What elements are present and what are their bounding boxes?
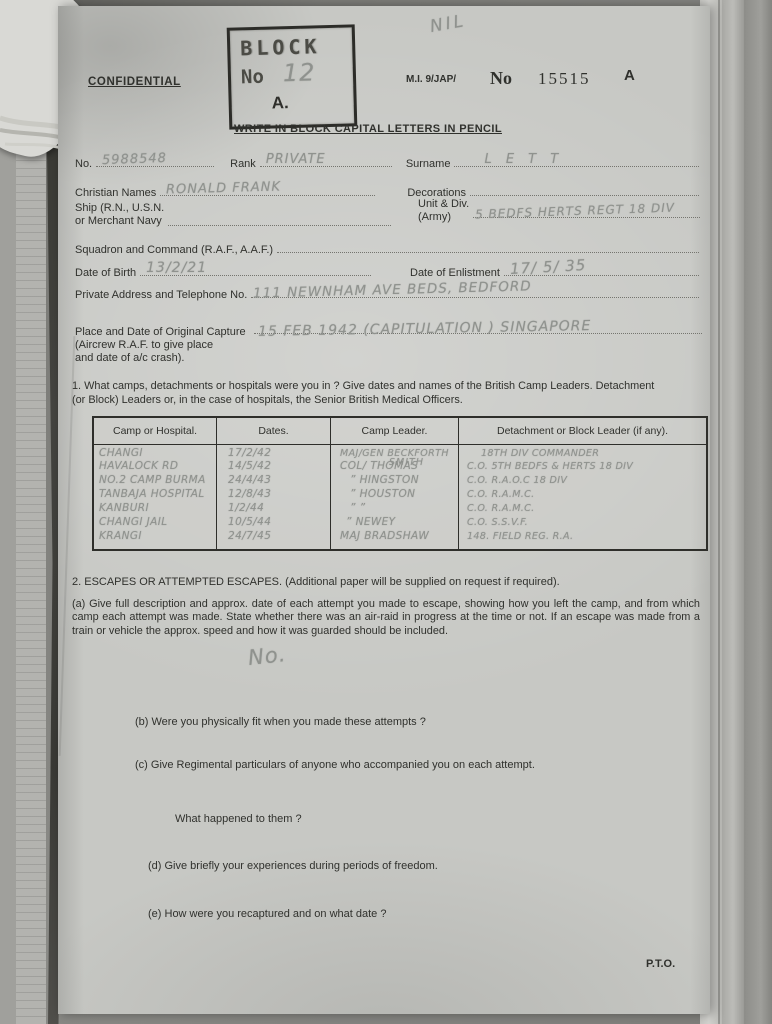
question-2a: (a) Give full description and approx. da… [72, 598, 700, 638]
capture-value: 15 FEB 1942 (CAPITULATION ) SINGAPORE [258, 318, 592, 340]
field-christian-names-value: RONALD FRANK [166, 179, 281, 197]
field-unit-line: 5 BEDFS HERTS REGT 18 DIV [473, 204, 700, 218]
question-1-line1: 1. What camps, detachments or hospitals … [72, 380, 698, 392]
capture-label-block: Place and Date of Original Capture (Airc… [75, 326, 246, 365]
confidential-label: CONFIDENTIAL [88, 76, 181, 88]
stamp-suffix: A. [271, 93, 289, 113]
field-address-label: Private Address and Telephone No. [75, 289, 247, 301]
camp-entry: KANBURI [99, 502, 213, 516]
field-christian-names-label: Christian Names [75, 187, 156, 199]
field-surname-value: L E T T [484, 152, 563, 167]
col-header-dates: Dates. [217, 418, 331, 445]
field-rank-line: PRIVATE [260, 153, 392, 167]
row-ship: Ship (R.N., U.S.N. or Merchant Navy [75, 202, 395, 228]
row-no-rank-surname: No. 5988548 Rank PRIVATE Surname L E T T [75, 153, 703, 170]
dates-column-entries: 17/2/42 14/5/42 24/4/43 12/8/43 1/2/44 1… [217, 445, 331, 549]
question-2e: (e) How were you recaptured and on what … [148, 908, 386, 920]
field-enlistment-value: 17/ 5/ 35 [509, 256, 586, 278]
field-surname-line: L E T T [454, 153, 699, 167]
field-no-line: 5988548 [96, 153, 214, 167]
field-dob-value: 13/2/21 [146, 260, 207, 276]
row-names-decorations: Christian Names RONALD FRANK Decorations [75, 182, 703, 199]
field-unit-value: 5 BEDFS HERTS REGT 18 DIV [475, 201, 675, 222]
camp-table: Camp or Hospital. Dates. Camp Leader. De… [92, 416, 708, 551]
question-2b: (b) Were you physically fit when you mad… [135, 716, 426, 728]
field-dob-line: 13/2/21 [140, 262, 371, 276]
detachment-entry: C.O. R.A.O.C 18 DIV [467, 474, 703, 488]
col-header-leader: Camp Leader. [331, 418, 459, 445]
field-address-value: 111 NEWNHAM AVE BEDS, BEDFORD [253, 278, 532, 301]
camp-entry: CHANGI JAIL [99, 516, 213, 530]
numero-symbol: No [490, 68, 512, 89]
camp-entry: NO.2 CAMP BURMA [99, 474, 213, 488]
answer-2a-handwritten: No. [247, 642, 288, 670]
leader-entry: ” HINGSTON [336, 474, 455, 488]
field-squadron-label: Squadron and Command (R.A.F., A.A.F.) [75, 244, 273, 256]
stamp-block-number-handwritten: 12 [283, 58, 316, 87]
capture-label2: (Aircrew R.A.F. to give place [75, 339, 246, 352]
field-ship-label1: Ship (R.N., U.S.N. [75, 202, 164, 215]
serial-number: 15515 [538, 69, 591, 89]
leader-entry: ” NEWEY [336, 516, 455, 530]
leader-entry: ” ” [336, 502, 455, 516]
scanned-photo: CONFIDENTIAL NIL BLOCK No 12 A. M.I. 9/J… [0, 0, 772, 1024]
block-number-stamp: BLOCK No 12 A. [227, 24, 358, 129]
question-2c: (c) Give Regimental particulars of anyon… [135, 759, 535, 771]
pto-label: P.T.O. [646, 958, 675, 970]
date-entry: 24/4/43 [222, 474, 327, 488]
detachment-entry: C.O. S.S.V.F. [467, 516, 703, 530]
stamp-block-word: BLOCK [240, 34, 321, 60]
field-address-line: 111 NEWNHAM AVE BEDS, BEDFORD [251, 284, 699, 298]
detachment-entry: C.O. R.A.M.C. [467, 488, 703, 502]
page-edge-right-line [718, 0, 720, 1024]
form-page: CONFIDENTIAL NIL BLOCK No 12 A. M.I. 9/J… [58, 6, 710, 1014]
row-address: Private Address and Telephone No. 111 NE… [75, 284, 703, 301]
col-header-detachment: Detachment or Block Leader (if any). [459, 418, 706, 445]
date-entry: 24/7/45 [222, 530, 327, 544]
field-ship-line [168, 212, 391, 226]
field-rank-label: Rank [230, 158, 256, 170]
detachment-column-entries: 18TH DIV COMMANDER C.O. 5TH BEDFS & HERT… [459, 445, 706, 549]
stamp-no-label: No [241, 66, 264, 89]
field-no-value: 5988548 [102, 151, 167, 168]
row-enlistment: Date of Enlistment 17/ 5/ 35 [410, 262, 703, 279]
field-rank-value: PRIVATE [266, 152, 326, 167]
serial-suffix: A [624, 67, 635, 84]
page-edge-right-3 [744, 0, 772, 1024]
detachment-entry: 148. FIELD REG. R.A. [467, 530, 703, 544]
row-dob: Date of Birth 13/2/21 [75, 262, 375, 279]
leader-entry-smith: SMITH [389, 457, 424, 468]
field-surname-label: Surname [406, 158, 451, 170]
detachment-entry: C.O. 5TH BEDFS & HERTS 18 DIV [467, 460, 703, 474]
leader-entry: ” HOUSTON [336, 488, 455, 502]
detachment-entry: 18TH DIV COMMANDER [467, 447, 703, 461]
page-edge-right-2 [722, 0, 744, 1024]
date-entry: 10/5/44 [222, 516, 327, 530]
capture-line: 15 FEB 1942 (CAPITULATION ) SINGAPORE [254, 319, 702, 334]
row-unit: Unit & Div. (Army) 5 BEDFS HERTS REGT 18… [418, 198, 704, 224]
field-christian-names-line: RONALD FRANK [160, 182, 375, 196]
field-enlistment-line: 17/ 5/ 35 [504, 262, 699, 276]
col-header-camp: Camp or Hospital. [94, 418, 217, 445]
camp-column-entries: CHANGI HAVALOCK RD NO.2 CAMP BURMA TANBA… [94, 445, 217, 549]
date-entry: 17/2/42 [222, 447, 327, 461]
mi9-reference: M.I. 9/JAP/ [406, 74, 456, 85]
field-no-label: No. [75, 158, 92, 170]
row-squadron: Squadron and Command (R.A.F., A.A.F.) [75, 239, 703, 256]
block-capitals-instruction: WRITE IN BLOCK CAPITAL LETTERS IN PENCIL [234, 123, 502, 135]
field-unit-label2: (Army) [418, 211, 469, 224]
question-1-line2: (or Block) Leaders or, in the case of ho… [72, 394, 698, 406]
question-1: 1. What camps, detachments or hospitals … [72, 380, 698, 406]
field-decorations-line [470, 182, 699, 196]
field-ship-label2: or Merchant Navy [75, 215, 164, 228]
camp-entry: HAVALOCK RD [99, 460, 213, 474]
leader-entry: MAJ BRADSHAW [336, 530, 455, 544]
question-2c-followup: What happened to them ? [175, 813, 302, 825]
date-entry: 14/5/42 [222, 460, 327, 474]
question-2d: (d) Give briefly your experiences during… [148, 860, 438, 872]
leader-column-entries: SMITH MAJ/GEN BECKFORTH COL/ THOMAS ” HI… [331, 445, 459, 549]
field-dob-label: Date of Birth [75, 267, 136, 279]
date-entry: 1/2/44 [222, 502, 327, 516]
section-2-heading: 2. ESCAPES OR ATTEMPTED ESCAPES. (Additi… [72, 576, 560, 588]
capture-label3: and date of a/c crash). [75, 352, 246, 365]
date-entry: 12/8/43 [222, 488, 327, 502]
field-unit-label1: Unit & Div. [418, 198, 469, 211]
camp-entry: KRANGI [99, 530, 213, 544]
field-squadron-line [277, 239, 699, 253]
camp-entry: CHANGI [99, 447, 213, 461]
nil-handwritten-note: NIL [429, 11, 468, 37]
capture-label1: Place and Date of Original Capture [75, 326, 246, 339]
camp-entry: TANBAJA HOSPITAL [99, 488, 213, 502]
detachment-entry: C.O. R.A.M.C. [467, 502, 703, 516]
field-enlistment-label: Date of Enlistment [410, 267, 500, 279]
